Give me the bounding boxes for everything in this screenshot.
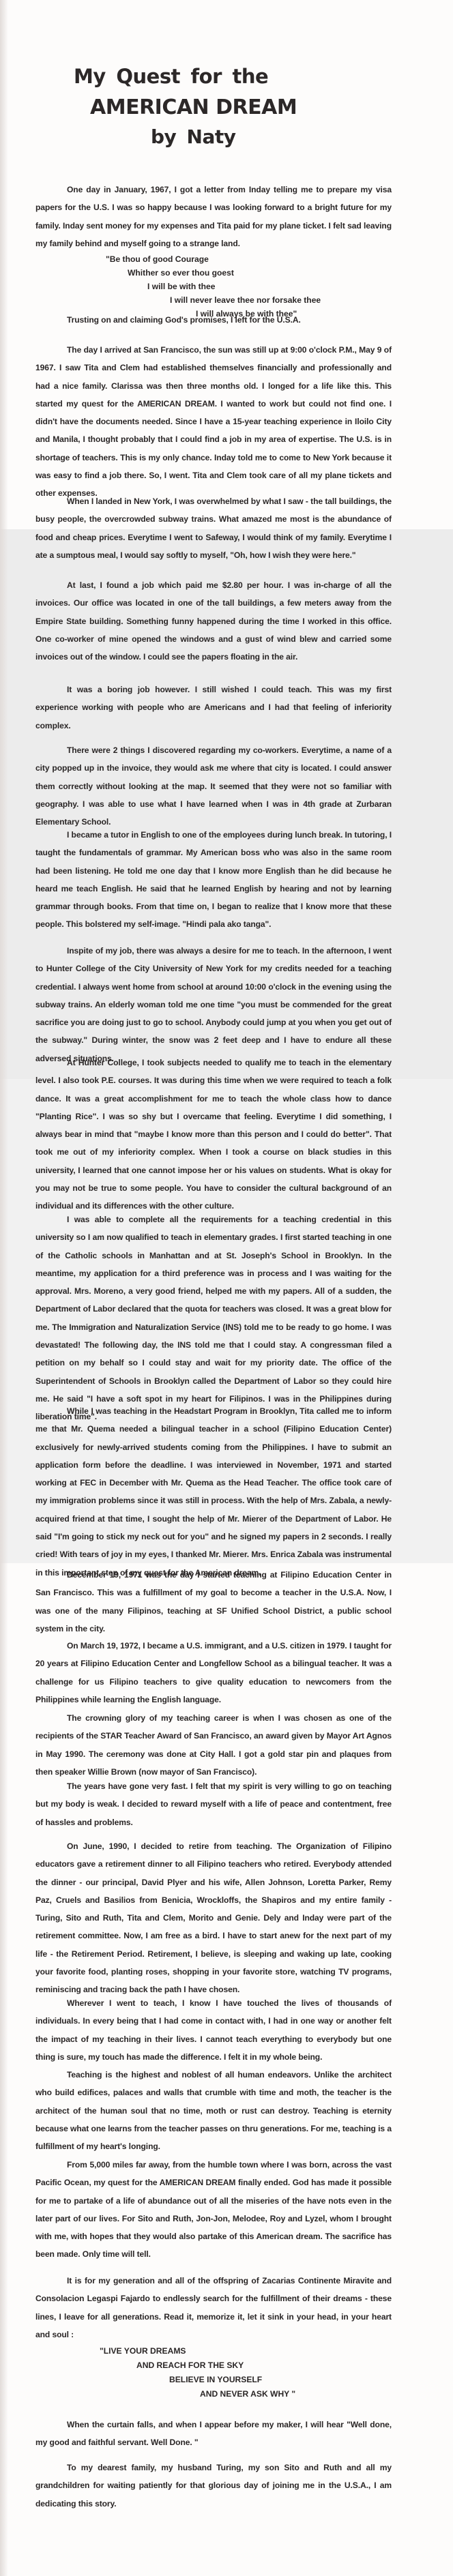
paragraph: On June, 1990, I decided to retire from … <box>35 1837 392 1999</box>
paragraph: When the curtain falls, and when I appea… <box>35 2416 392 2452</box>
paragraph: It is for my generation and all of the o… <box>35 2272 392 2343</box>
verse-line: Whither so ever thou goest <box>128 266 234 280</box>
paragraph: It was a boring job however. I still wis… <box>35 681 392 735</box>
verse-line: I will never leave thee nor forsake thee <box>170 293 321 308</box>
verse-line: AND REACH FOR THE SKY <box>136 2358 244 2373</box>
verse-line: AND NEVER ASK WHY " <box>200 2387 295 2401</box>
paragraph: The years have gone very fast. I felt th… <box>35 1777 392 1831</box>
paragraph: Inspite of my job, there was always a de… <box>35 942 392 1067</box>
paragraph: At Hunter College, I took subjects neede… <box>35 1054 392 1215</box>
title-line-2: AMERICAN DREAM <box>90 95 297 119</box>
paragraph: While I was teaching in the Headstart Pr… <box>35 1402 392 1582</box>
paragraph: From 5,000 miles far away, from the humb… <box>35 2156 392 2264</box>
paragraph: I was able to complete all the requireme… <box>35 1211 392 1426</box>
page-edge-shadow <box>0 0 8 2576</box>
paragraph: The crowning glory of my teaching career… <box>35 1709 392 1781</box>
paragraph: I became a tutor in English to one of th… <box>35 826 392 934</box>
paragraph: Wherever I went to teach, I know I have … <box>35 1994 392 2066</box>
verse-line: "Be thou of good Courage <box>106 252 209 267</box>
verse-line: "LIVE YOUR DREAMS <box>100 2344 186 2358</box>
paragraph: On March 19, 1972, I became a U.S. immig… <box>35 1637 392 1708</box>
verse-line: I will be with thee <box>147 280 215 294</box>
paragraph: December 19, 1971 was the day I started … <box>35 1566 392 1638</box>
paragraph: At last, I found a job which paid me $2.… <box>35 576 392 666</box>
byline: by Naty <box>151 125 236 148</box>
paragraph: To my dearest family, my husband Turing,… <box>35 2459 392 2513</box>
paragraph: When I landed in New York, I was overwhe… <box>35 492 392 564</box>
paragraph: There were 2 things I discovered regardi… <box>35 741 392 831</box>
paragraph: Teaching is the highest and noblest of a… <box>35 2066 392 2155</box>
paragraph: The day I arrived at San Francisco, the … <box>35 341 392 503</box>
paragraph: One day in January, 1967, I got a letter… <box>35 181 392 252</box>
verse-line: BELIEVE IN YOURSELF <box>169 2373 262 2387</box>
paragraph: Trusting on and claiming God's promises,… <box>35 311 392 329</box>
title-line-1: My Quest for the <box>74 65 268 88</box>
